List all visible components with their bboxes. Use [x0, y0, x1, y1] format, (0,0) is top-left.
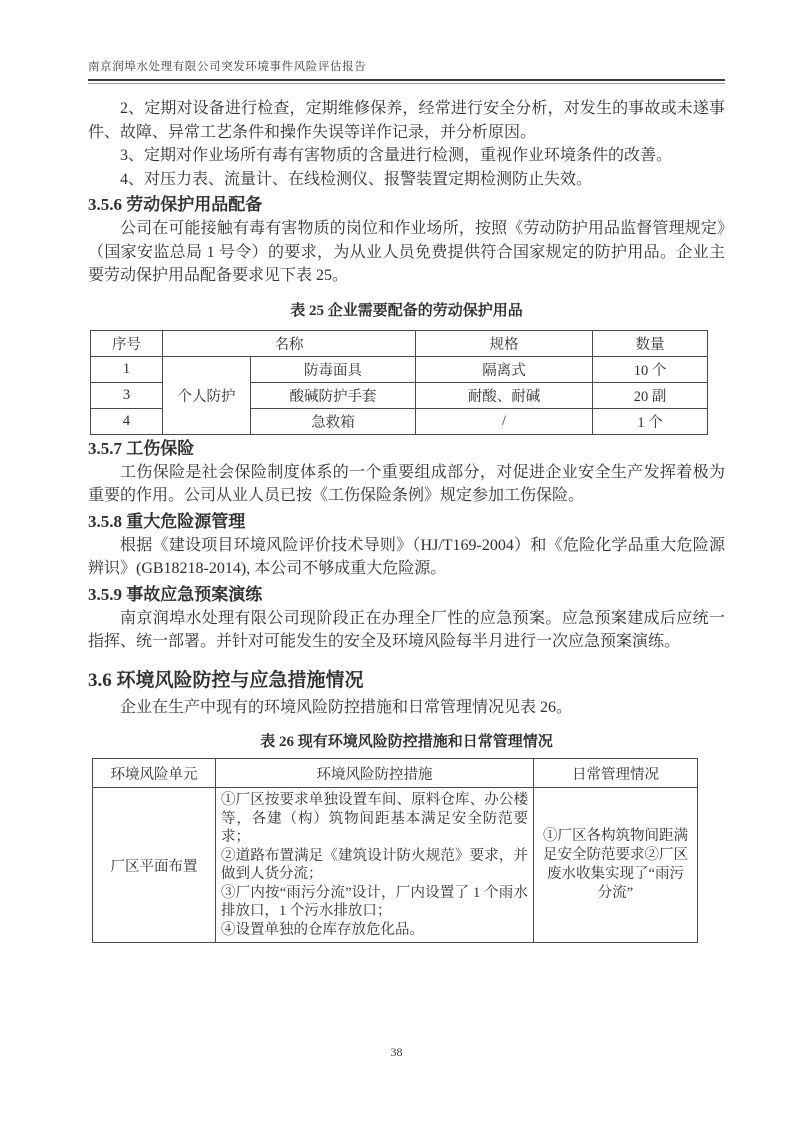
- table25-header-row: 序号 名称 规格 数量: [91, 330, 708, 356]
- paragraph-item-3: 3、定期对作业场所有毒有害物质的含量进行检测，重视作业环境条件的改善。: [88, 144, 725, 168]
- cell-risk-unit: 厂区平面布置: [93, 788, 216, 943]
- measure-item-3: ③厂内按“雨污分流”设计，厂内设置了 1 个雨水排放口，1 个污水排放口；: [221, 884, 528, 921]
- heading-3-5-9: 3.5.9 事故应急预案演练: [88, 584, 725, 605]
- table26: 环境风险单元 环境风险防控措施 日常管理情况 厂区平面布置 ①厂区按要求单独设置…: [92, 758, 698, 943]
- table26-header-row: 环境风险单元 环境风险防控措施 日常管理情况: [93, 759, 698, 788]
- cell-qty: 20 副: [593, 382, 708, 408]
- header-rule: [88, 79, 725, 84]
- cell-control-measures: ①厂区按要求单独设置车间、原料仓库、办公楼等，各建（构）筑物间距基本满足安全防范…: [216, 788, 534, 943]
- cell-index: 1: [91, 356, 163, 382]
- page-number: 38: [391, 1045, 403, 1059]
- table26-caption: 表 26 现有环境风险防控措施和日常管理情况: [88, 730, 725, 751]
- heading-3-6: 3.6 环境风险防控与应急措施情况: [88, 669, 725, 693]
- measure-item-2: ②道路布置满足《建筑设计防火规范》要求，并做到人货分流；: [221, 847, 528, 884]
- table25-header-index: 序号: [91, 330, 163, 356]
- cell-item: 防毒面具: [251, 356, 416, 382]
- page-footer: 38: [0, 1045, 793, 1060]
- table26-header-measures: 环境风险防控措施: [216, 759, 534, 788]
- page-header: 南京润埠水处理有限公司突发环境事件风险评估报告: [88, 58, 725, 84]
- document-body: 2、定期对设备进行检查，定期维修保养，经常进行安全分析，对发生的事故或未遂事件、…: [88, 97, 725, 943]
- section-3-6-body: 企业在生产中现有的环境风险防控措施和日常管理情况见表 26。: [88, 696, 725, 720]
- paragraph-item-4: 4、对压力表、流量计、在线检测仪、报警装置定期检测防止失效。: [88, 168, 725, 192]
- table25-header-qty: 数量: [593, 330, 708, 356]
- table25-caption: 表 25 企业需要配备的劳动保护用品: [88, 299, 725, 320]
- table25-header-name: 名称: [163, 330, 416, 356]
- table26-row-1: 厂区平面布置 ①厂区按要求单独设置车间、原料仓库、办公楼等，各建（构）筑物间距基…: [93, 788, 698, 943]
- table26-header-unit: 环境风险单元: [93, 759, 216, 788]
- section-3-5-8-body: 根据《建设项目环境风险评价技术导则》（HJ/T169-2004）和《危险化学品重…: [88, 534, 725, 581]
- table25-header-spec: 规格: [416, 330, 593, 356]
- cell-spec: 隔离式: [416, 356, 593, 382]
- cell-item: 急救箱: [251, 408, 416, 434]
- cell-daily-management: ①厂区各构筑物间距满足安全防范要求②厂区废水收集实现了“雨污分流”: [534, 788, 698, 943]
- heading-3-5-7: 3.5.7 工伤保险: [88, 438, 725, 459]
- cell-qty: 10 个: [593, 356, 708, 382]
- cell-spec: /: [416, 408, 593, 434]
- table25: 序号 名称 规格 数量 1 个人防护 防毒面具 隔离式 10 个 3 酸碱防护手…: [90, 330, 708, 435]
- cell-item: 酸碱防护手套: [251, 382, 416, 408]
- section-3-5-9-body: 南京润埠水处理有限公司现阶段正在办理全厂性的应急预案。应急预案建成后应统一指挥、…: [88, 607, 725, 654]
- document-page: 南京润埠水处理有限公司突发环境事件风险评估报告 2、定期对设备进行检查，定期维修…: [0, 0, 793, 1122]
- running-header-title: 南京润埠水处理有限公司突发环境事件风险评估报告: [88, 58, 725, 74]
- cell-index: 4: [91, 408, 163, 434]
- cell-spec: 耐酸、耐碱: [416, 382, 593, 408]
- paragraph-item-2: 2、定期对设备进行检查，定期维修保养，经常进行安全分析，对发生的事故或未遂事件、…: [88, 97, 725, 144]
- measure-item-4: ④设置单独的仓库存放危化品。: [221, 921, 528, 940]
- table25-row-1: 1 个人防护 防毒面具 隔离式 10 个: [91, 356, 708, 382]
- measure-item-1: ①厂区按要求单独设置车间、原料仓库、办公楼等，各建（构）筑物间距基本满足安全防范…: [221, 791, 528, 847]
- table26-header-management: 日常管理情况: [534, 759, 698, 788]
- heading-3-5-8: 3.5.8 重大危险源管理: [88, 511, 725, 532]
- cell-qty: 1 个: [593, 408, 708, 434]
- heading-3-5-6: 3.5.6 劳动保护用品配备: [88, 194, 725, 215]
- cell-group-label: 个人防护: [163, 356, 251, 434]
- section-3-5-6-body: 公司在可能接触有毒有害物质的岗位和作业场所，按照《劳动防护用品监督管理规定》（国…: [88, 217, 725, 288]
- section-3-5-7-body: 工伤保险是社会保险制度体系的一个重要组成部分，对促进企业安全生产发挥着极为重要的…: [88, 461, 725, 508]
- cell-index: 3: [91, 382, 163, 408]
